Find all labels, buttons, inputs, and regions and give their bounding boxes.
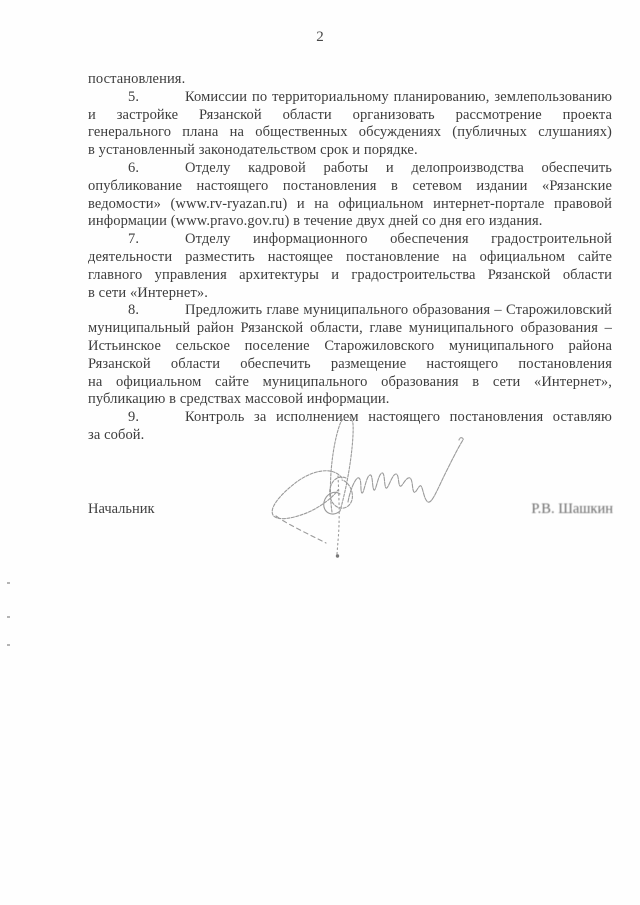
paragraph: 8.Предложить главе муниципального образо… xyxy=(88,302,612,409)
paragraph-number: 8. xyxy=(128,302,185,320)
text-line: 7.Отделу информационного обеспечения гра… xyxy=(88,231,612,249)
text-line: в сети «Интернет». xyxy=(88,285,612,303)
text-line: 8.Предложить главе муниципального образо… xyxy=(88,302,612,320)
text-line: деятельности разместить настоящее постан… xyxy=(88,249,612,267)
text-line: ведомости» (www.rv-ryazan.ru) и на офици… xyxy=(88,196,612,214)
scan-artifact-dot xyxy=(7,582,10,584)
text-line: генерального плана на общественных обсуж… xyxy=(88,124,612,142)
text-line: и застройке Рязанской области организова… xyxy=(88,107,612,125)
signer-position-title: Начальник xyxy=(88,501,155,518)
text-line: публикацию в средствах массовой информац… xyxy=(88,391,612,409)
text-line: опубликование настоящего постановления в… xyxy=(88,178,612,196)
scan-artifact-dot xyxy=(7,616,10,618)
paragraph-number: 9. xyxy=(128,409,185,427)
paragraph: 5.Комиссии по территориальному планирова… xyxy=(88,89,612,160)
signature-stroke xyxy=(276,516,326,543)
signature-ink-blob xyxy=(336,554,339,557)
scanned-page: 2 постановления.5.Комиссии по территориа… xyxy=(0,0,640,905)
document-body: постановления.5.Комиссии по территориаль… xyxy=(88,71,612,445)
text-line: постановления. xyxy=(88,71,612,89)
paragraph: 7.Отделу информационного обеспечения гра… xyxy=(88,231,612,302)
signer-name: Р.В. Шашкин xyxy=(531,501,613,518)
signature-image xyxy=(266,416,471,576)
paragraph-number: 7. xyxy=(128,231,185,249)
text-line: Рязанской области обеспечить размещение … xyxy=(88,356,612,374)
text-line: в установленный законодательством срок и… xyxy=(88,142,612,160)
scan-artifact-dot xyxy=(7,644,10,646)
paragraph-number: 5. xyxy=(128,89,185,107)
text-line: на официальном сайте муниципального обра… xyxy=(88,374,612,392)
text-line: информации (www.pravo.gov.ru) в течение … xyxy=(88,213,612,231)
paragraph-number: 6. xyxy=(128,160,185,178)
paragraph: 6.Отделу кадровой работы и делопроизводс… xyxy=(88,160,612,231)
signature-stroke xyxy=(330,417,353,512)
text-line: 6.Отделу кадровой работы и делопроизводс… xyxy=(88,160,612,178)
paragraph: постановления. xyxy=(88,71,612,89)
signature-stroke xyxy=(348,438,463,502)
signature-stroke xyxy=(337,476,339,554)
text-line: Истьинское сельское поселение Старожилов… xyxy=(88,338,612,356)
text-line: муниципальный район Рязанской области, г… xyxy=(88,320,612,338)
text-line: 5.Комиссии по территориальному планирова… xyxy=(88,89,612,107)
page-number: 2 xyxy=(0,29,640,46)
text-line: главного управления архитектуры и градос… xyxy=(88,267,612,285)
